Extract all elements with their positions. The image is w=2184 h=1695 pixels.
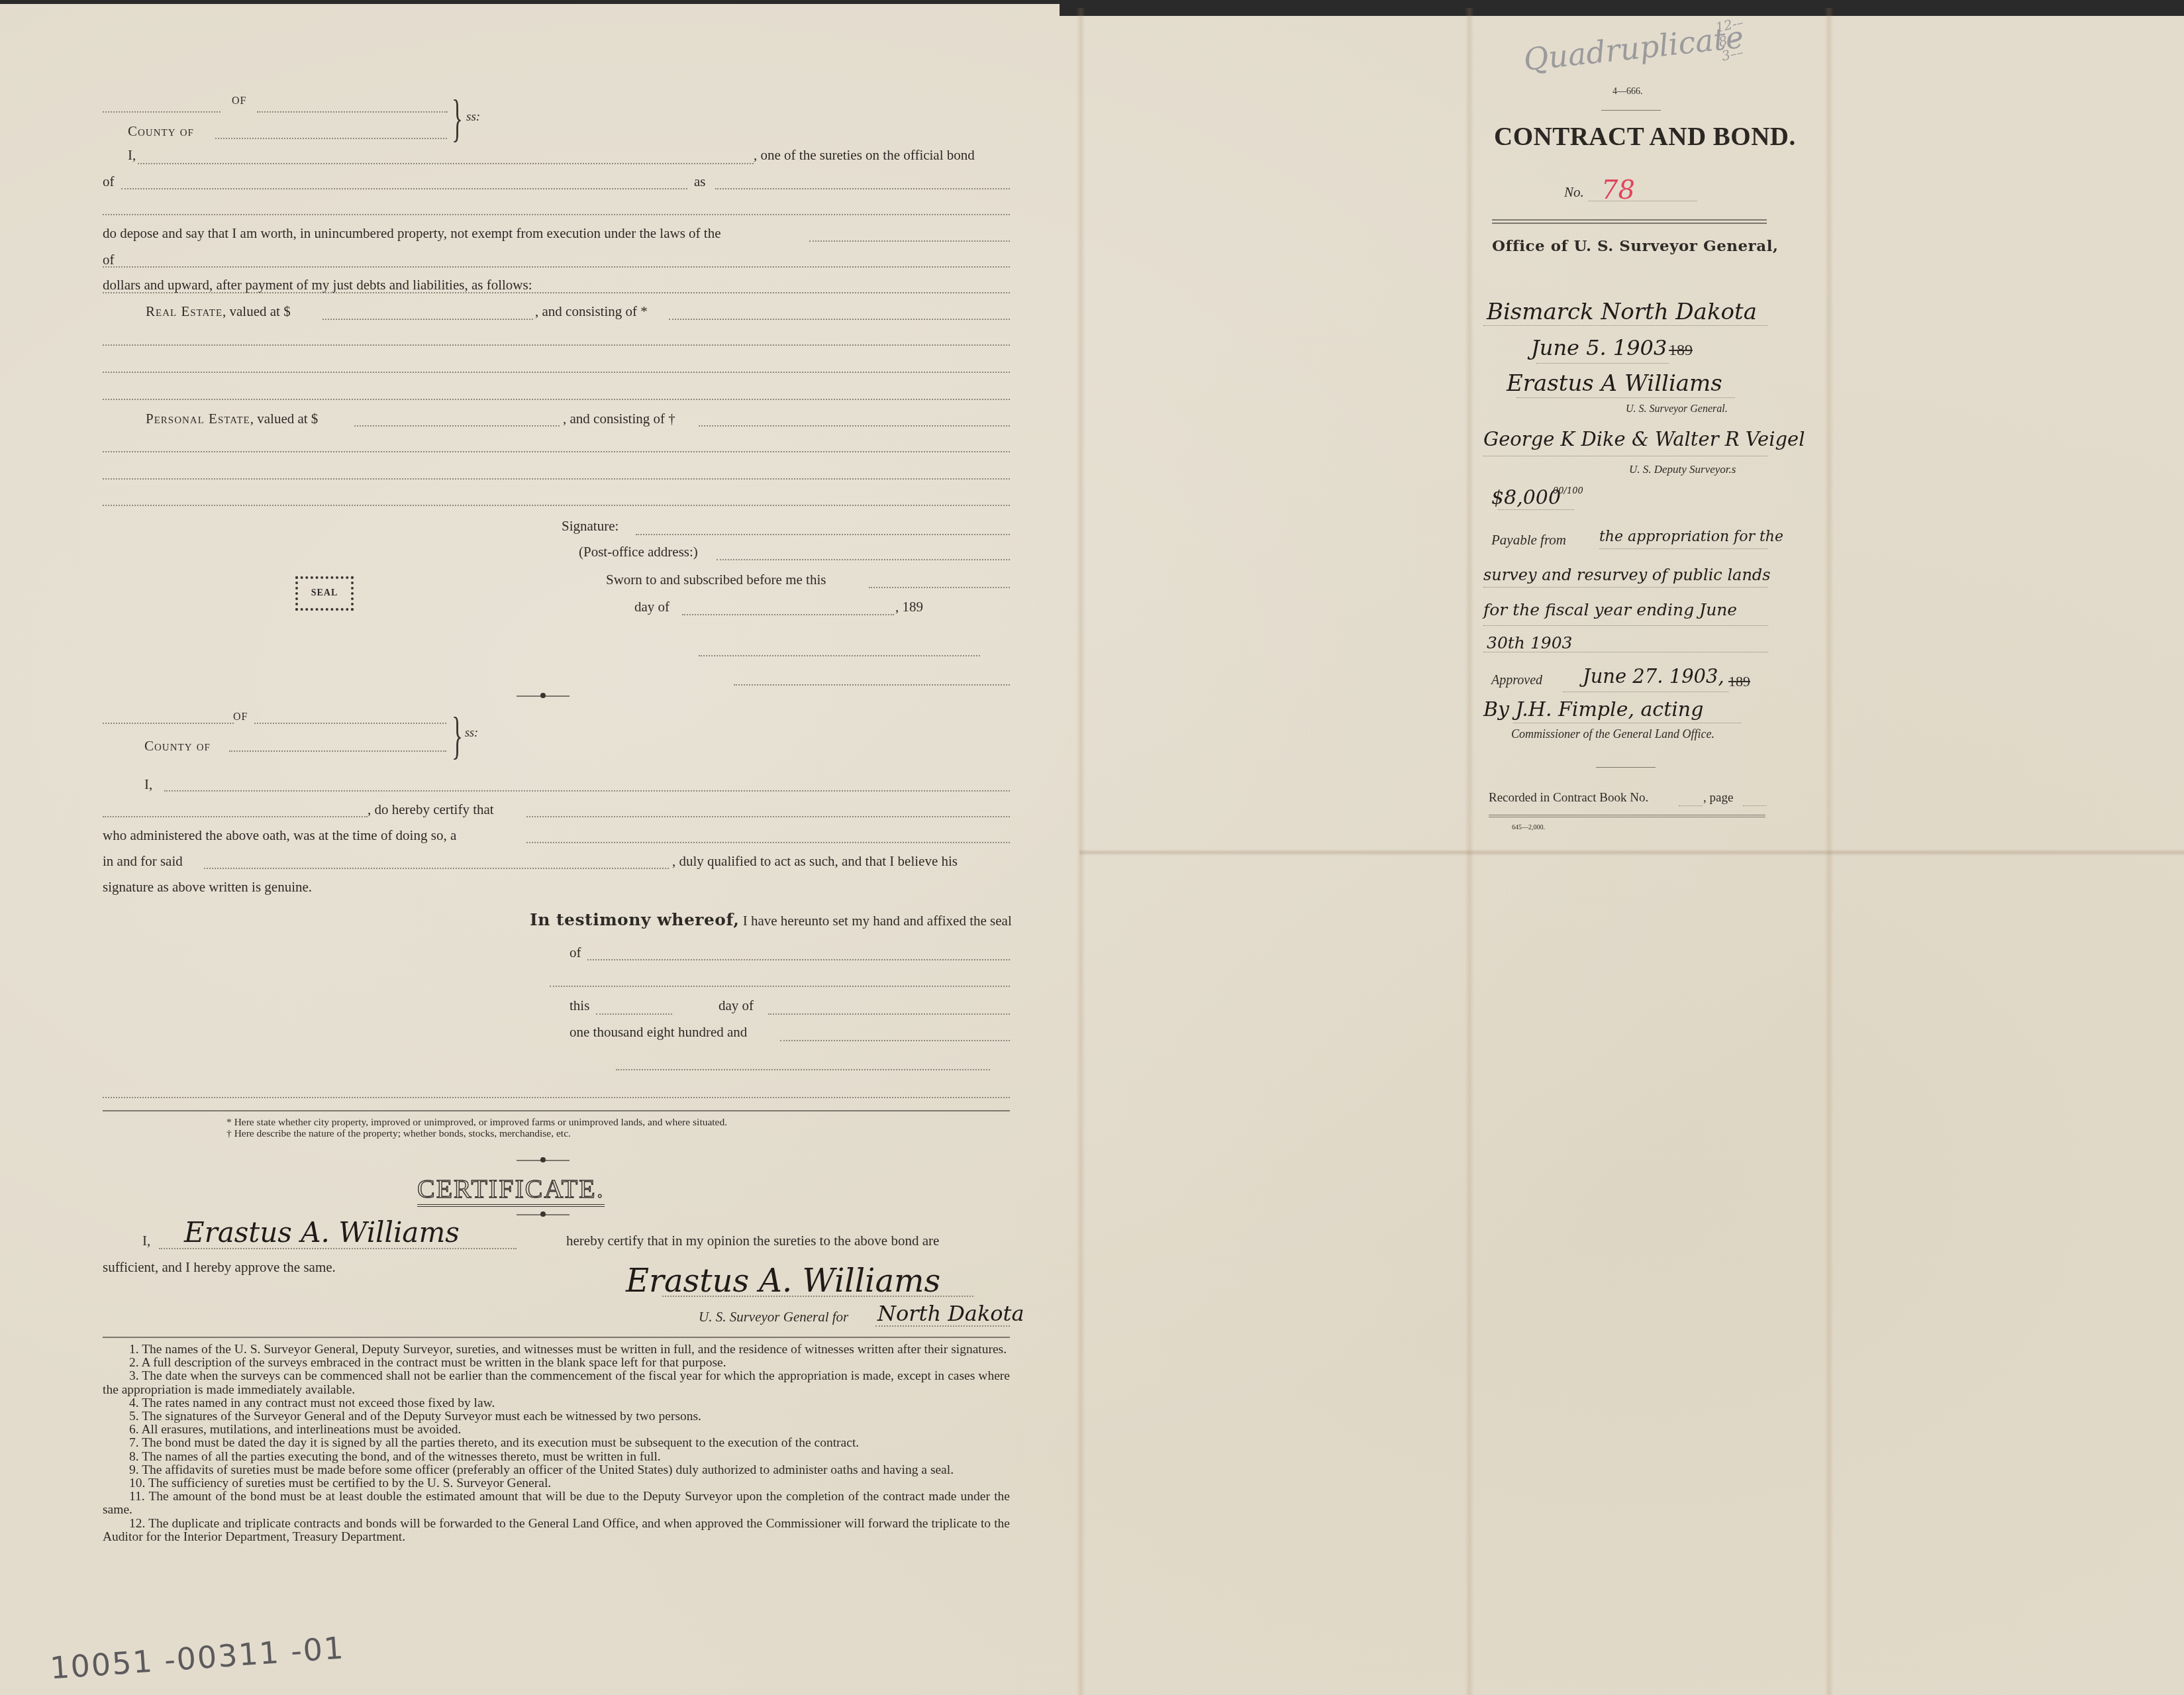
post-office-field[interactable]	[717, 559, 1010, 560]
surveyor-title-line: U. S. Surveyor General for	[699, 1309, 848, 1325]
cover-title: CONTRACT AND BOND.	[1494, 122, 1796, 152]
signature-line[interactable]	[662, 1296, 973, 1297]
of-label: of	[103, 174, 115, 190]
testimony-day-field[interactable]	[596, 1013, 672, 1015]
state-laws-field[interactable]	[809, 240, 1010, 242]
surveyor-general-name: Erastus A Williams	[1507, 370, 1722, 397]
state-field[interactable]	[103, 723, 234, 724]
county-label: County of	[144, 738, 211, 754]
surveyor-signature: Erastus A. Williams	[626, 1262, 940, 1300]
pencil-note: Quadruplicate	[1522, 19, 1745, 78]
personal-estate-description-field[interactable]	[699, 425, 1010, 427]
county-field[interactable]	[215, 138, 447, 139]
real-estate-value-field[interactable]	[323, 319, 533, 320]
payable-line-4: 30th 1903	[1487, 633, 1573, 652]
personal-estate-value-field[interactable]	[354, 425, 560, 427]
form-number: 4—666.	[1613, 87, 1643, 97]
date-struck: 189	[1669, 342, 1693, 360]
county-field[interactable]	[229, 750, 446, 752]
title-rule	[1601, 110, 1661, 111]
thousand-label: one thousand eight hundred and	[570, 1024, 747, 1041]
print-run: 645—2,000.	[1512, 824, 1545, 831]
amount-field[interactable]	[1498, 509, 1574, 510]
post-office-label: (Post-office address:)	[579, 544, 698, 560]
dollars-text: dollars and upward, after payment of my …	[103, 277, 532, 293]
signature-label: Signature:	[562, 518, 619, 535]
commissioner-field[interactable]	[1513, 723, 1742, 723]
sworn-label: Sworn to and subscribed before me this	[606, 572, 826, 588]
qualified-text: , duly qualified to act as such, and tha…	[672, 853, 958, 870]
fold-line-horizontal	[1079, 849, 2184, 856]
state-field[interactable]	[875, 1325, 1010, 1327]
date: June 5. 1903	[1531, 335, 1667, 360]
state-name-field[interactable]	[257, 111, 448, 113]
deputy-field[interactable]	[1483, 456, 1768, 456]
clerk-signature-field[interactable]	[616, 1069, 990, 1070]
officer-signature-field[interactable]	[699, 655, 980, 656]
of-label: of	[570, 945, 581, 961]
approved-date-field[interactable]	[1563, 692, 1728, 692]
certify-text: , do hereby certify that	[368, 801, 494, 818]
payable-label: Payable from	[1491, 532, 1566, 548]
personal-estate-line-3[interactable]	[103, 478, 1010, 480]
testimony-year-field[interactable]	[780, 1040, 1010, 1041]
recorded-label: Recorded in Contract Book No.	[1489, 791, 1648, 805]
seal-icon: SEAL	[295, 576, 354, 611]
real-estate-description-field[interactable]	[669, 319, 1010, 320]
day-of-label: day of	[719, 998, 754, 1014]
instruction-item: 3. The date when the surveys can be comm…	[103, 1370, 1010, 1396]
archive-number: 10051 -00311 -01	[49, 1630, 346, 1686]
footnote-personal-estate: † Here describe the nature of the proper…	[226, 1128, 727, 1139]
instruction-item: 12. The duplicate and triplicate contrac…	[103, 1517, 1010, 1544]
obligor-field[interactable]	[121, 188, 687, 189]
place-field[interactable]	[1483, 325, 1768, 326]
approved-struck: 189	[1728, 673, 1750, 690]
document-sheet: OF } ss: County of I, , one of the suret…	[0, 4, 2184, 1695]
sworn-month-field[interactable]	[682, 614, 894, 615]
genuine-text: signature as above written is genuine.	[103, 879, 312, 896]
of-label: OF	[233, 711, 248, 723]
deputy-names: George K Dike & Walter R Veigel	[1483, 428, 1805, 450]
instruction-item: 2. A full description of the surveys emb…	[103, 1357, 1010, 1370]
payable-field-3[interactable]	[1483, 625, 1768, 626]
instruction-item: 6. All erasures, mutilations, and interl…	[103, 1423, 1010, 1437]
payable-line-3: for the fiscal year ending June	[1483, 600, 1737, 619]
in-and-for-text: in and for said	[103, 853, 183, 870]
deputy-title: U. S. Deputy Surveyor.s	[1629, 463, 1736, 476]
real-estate-line-2[interactable]	[103, 344, 1010, 346]
county-label: County of	[128, 123, 194, 140]
scan-edge	[1060, 4, 2184, 16]
ss-label: ss:	[465, 726, 478, 740]
of-label: OF	[232, 95, 246, 107]
instruction-item: 1. The names of the U. S. Surveyor Gener…	[103, 1343, 1010, 1357]
amount-words-field[interactable]	[121, 266, 1010, 268]
testimony-lead: In testimony whereof,	[530, 910, 739, 929]
section-rule	[103, 1337, 1010, 1338]
surveyor-general-field[interactable]	[1516, 397, 1735, 398]
instruction-item: 8. The names of all the parties executin…	[103, 1451, 1010, 1464]
year-prefix: , 189	[895, 599, 923, 615]
instruction-item: 4. The rates named in any contract must …	[103, 1397, 1010, 1410]
blank-line[interactable]	[103, 1097, 1010, 1098]
personal-estate-consisting: , and consisting of †	[563, 411, 675, 427]
instruction-item: 11. The amount of the bond must be at le…	[103, 1490, 1010, 1517]
bond-amount-cents: 00/100	[1553, 486, 1583, 496]
clerk-title-field[interactable]	[103, 816, 368, 817]
real-estate-label: Real Estate	[146, 303, 223, 319]
surety-name-field[interactable]	[138, 163, 754, 164]
payable-line-2: survey and resurvey of public lands	[1483, 566, 1771, 584]
certificate-title: CERTIFICATE.	[417, 1173, 605, 1207]
i-label: I,	[128, 147, 136, 164]
instruction-item: 7. The bond must be dated the day it is …	[103, 1437, 1010, 1450]
approved-by: By J.H. Fimple, acting	[1483, 698, 1703, 721]
contract-book-field[interactable]	[1679, 805, 1703, 806]
real-estate-line-4[interactable]	[103, 399, 1010, 400]
personal-estate-line-4[interactable]	[103, 505, 1010, 506]
real-estate-consisting: , and consisting of *	[535, 303, 648, 320]
seal-of-field[interactable]	[587, 959, 1010, 960]
divider-ornament	[517, 695, 570, 697]
blank-line[interactable]	[103, 214, 1010, 215]
date-field[interactable]	[1536, 363, 1669, 364]
state-field[interactable]	[103, 111, 221, 113]
state-handwritten: North Dakota	[877, 1301, 1024, 1326]
clerk-name-field[interactable]	[164, 790, 1010, 792]
payable-field-2[interactable]	[1483, 587, 1768, 588]
real-estate-valued: , valued at $	[223, 303, 291, 319]
testimony-month-field[interactable]	[768, 1013, 1010, 1015]
office-name: Office of U. S. Surveyor General,	[1492, 237, 1778, 255]
signature-field[interactable]	[636, 534, 1010, 535]
instruction-item: 5. The signatures of the Surveyor Genera…	[103, 1410, 1010, 1423]
no-label: No.	[1564, 184, 1584, 201]
footnote-real-estate: * Here state whether city property, impr…	[226, 1117, 727, 1128]
as-label: as	[694, 174, 706, 190]
commissioner-title: Commissioner of the General Land Office.	[1511, 727, 1714, 741]
this-label: this	[570, 998, 589, 1014]
personal-estate-label: Personal Estate	[146, 411, 250, 427]
i-label: I,	[144, 776, 152, 793]
personal-estate-valued: , valued at $	[250, 411, 319, 427]
title-rule	[1596, 767, 1656, 768]
approve-text: sufficient, and I hereby approve the sam…	[103, 1259, 336, 1276]
personal-estate-line-2[interactable]	[103, 451, 1010, 452]
surveyor-name-handwritten: Erastus A. Williams	[184, 1216, 460, 1249]
brace-icon: }	[452, 89, 463, 148]
sworn-day-field[interactable]	[869, 587, 1010, 588]
divider-ornament	[517, 1160, 570, 1161]
page-field[interactable]	[1743, 805, 1767, 806]
i-label: I,	[142, 1233, 150, 1249]
payable-field-1[interactable]	[1599, 548, 1768, 549]
place: Bismarck North Dakota	[1487, 299, 1757, 325]
state-name-field[interactable]	[254, 723, 446, 724]
instruction-item: 9. The affidavits of sureties must be ma…	[103, 1464, 1010, 1477]
bond-amount: $8,000	[1491, 486, 1561, 509]
real-estate-line-3[interactable]	[103, 372, 1010, 373]
testimony-rest: I have hereunto set my hand and affixed …	[743, 913, 1012, 929]
seal-text: SEAL	[311, 588, 338, 599]
officer-title-field[interactable]	[734, 684, 1010, 686]
county-said-field[interactable]	[204, 868, 669, 869]
double-rule	[1489, 815, 1765, 817]
section-rule	[103, 1110, 1010, 1111]
instructions-list: 1. The names of the U. S. Surveyor Gener…	[103, 1343, 1010, 1544]
recorded-page-label: , page	[1703, 791, 1733, 805]
surety-text: , one of the sureties on the official bo…	[754, 147, 975, 164]
payable-line-1: the appropriation for the	[1599, 529, 1783, 545]
ss-label: ss:	[466, 110, 480, 125]
brace-icon: }	[452, 706, 463, 766]
officer-name-field[interactable]	[526, 816, 1010, 817]
instruction-item: 10. The sufficiency of sureties must be …	[103, 1477, 1010, 1490]
day-of-label: day of	[634, 599, 670, 615]
officer-office-field[interactable]	[526, 842, 1010, 843]
depose-text: do depose and say that I am worth, in un…	[103, 225, 720, 242]
seal-of-line-2[interactable]	[550, 986, 1010, 987]
office-field[interactable]	[715, 188, 1010, 189]
administered-text: who administered the above oath, was at …	[103, 827, 456, 844]
divider-ornament	[517, 1214, 570, 1215]
surveyor-general-title: U. S. Surveyor General.	[1626, 403, 1728, 415]
of-label: of	[103, 252, 115, 268]
double-rule	[1492, 219, 1767, 224]
certify-text: hereby certify that in my opinion the su…	[566, 1233, 939, 1249]
footnotes: * Here state whether city property, impr…	[226, 1117, 727, 1139]
contract-number-field[interactable]	[1588, 201, 1697, 201]
approved-date: June 27. 1903,	[1583, 665, 1724, 688]
approved-label: Approved	[1491, 673, 1542, 688]
payable-field-4[interactable]	[1483, 652, 1768, 652]
